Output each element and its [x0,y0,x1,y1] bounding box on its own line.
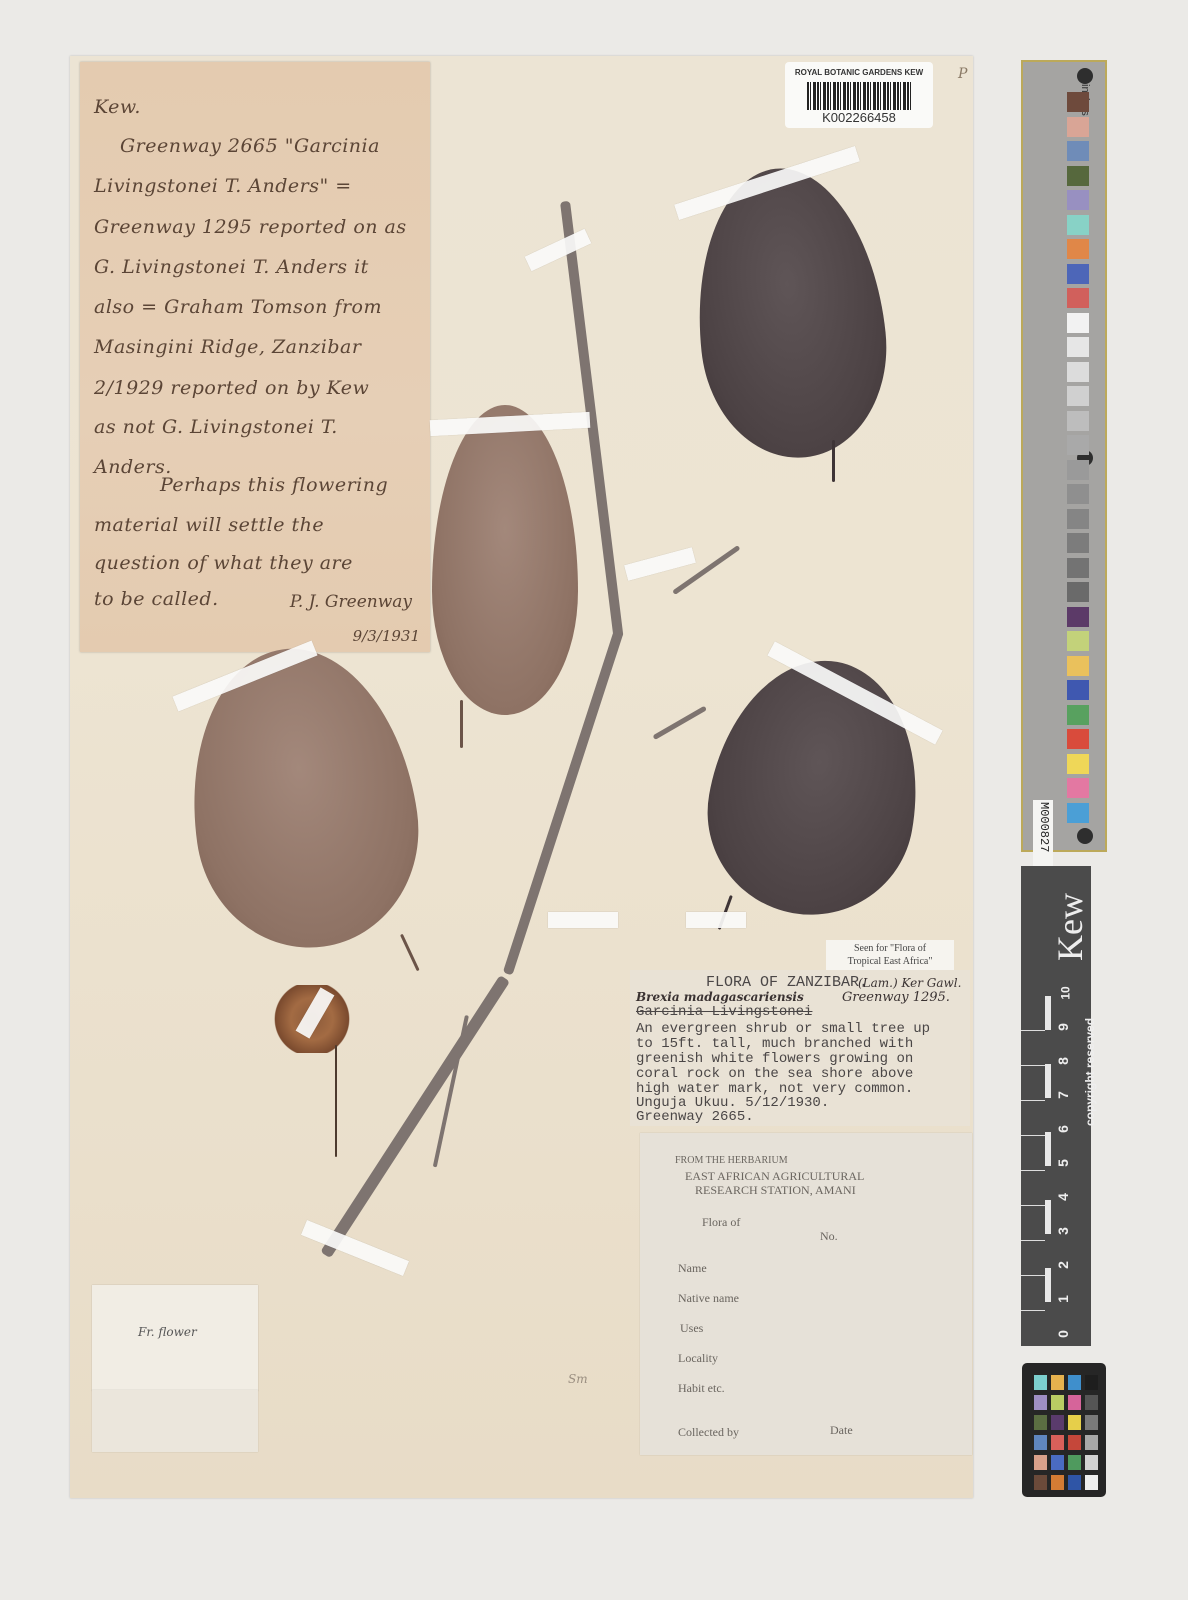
form-habit: Habit etc. [678,1381,725,1396]
note-line: to be called. [94,588,219,610]
note-line: also = Graham Tomson from [94,296,382,318]
checker-patch [1034,1435,1047,1450]
color-swatch [1067,337,1089,357]
struck-name: Garcinia Livingstonei [636,1004,812,1020]
color-swatch [1067,435,1089,455]
label-desc: to 15ft. tall, much branched with [636,1036,913,1052]
form-collected-by: Collected by [678,1425,739,1440]
barcode-label: ROYAL BOTANIC GARDENS KEW K002266458 [785,62,933,128]
color-swatch [1067,729,1089,749]
note-line: Greenway 1295 reported on as [94,216,407,238]
checker-patch [1068,1435,1081,1450]
seen-line: Seen for "Flora of [826,942,954,955]
scale-tick: 5 [1055,1159,1071,1167]
institution-name: ROYAL BOTANIC GARDENS KEW [785,68,933,77]
color-swatch [1067,288,1089,308]
color-swatch [1067,484,1089,504]
checker-patch [1051,1455,1064,1470]
checker-patch [1085,1415,1098,1430]
color-swatch [1067,509,1089,529]
form-locality: Locality [678,1351,718,1366]
color-swatch [1067,313,1089,333]
herbarium-form-label: FROM THE HERBARIUM EAST AFRICAN AGRICULT… [640,1133,972,1455]
color-swatch [1067,141,1089,161]
color-swatch [1067,680,1089,700]
det-authority: (Lam.) Ker Gawl. [858,976,961,990]
checker-patch [1034,1455,1047,1470]
checker-patch [1068,1455,1081,1470]
color-swatch [1067,386,1089,406]
scale-tick: 1 [1055,1295,1071,1303]
color-swatch [1067,558,1089,578]
mounting-tape [548,912,618,928]
petiole [832,440,835,482]
flower-stalk [335,1045,337,1157]
note-line: as not G. Livingstonei T. [94,416,338,438]
color-swatch [1067,264,1089,284]
scale-block [1045,996,1051,1030]
corner-mark: P [958,66,967,82]
note-line: Greenway 2665 "Garcinia [120,135,380,157]
label-desc: greenish white flowers growing on [636,1051,913,1067]
label-desc: coral rock on the sea shore above [636,1066,913,1082]
color-swatch [1067,582,1089,602]
color-swatch [1067,607,1089,627]
scale-tick: 7 [1055,1091,1071,1099]
note-line: Perhaps this flowering [160,474,388,496]
form-no: No. [820,1229,838,1244]
note-line: material will settle the [94,514,324,536]
scale-tick: 3 [1055,1227,1071,1235]
note-date: 9/3/1931 [353,627,420,645]
color-swatch [1067,190,1089,210]
collection-label: FLORA OF ZANZIBAR. (Lam.) Ker Gawl. Brex… [630,970,970,1126]
label-desc: Greenway 2665. [636,1109,754,1125]
scale-block [1045,1132,1051,1166]
form-flora-of: Flora of [702,1215,740,1230]
scale-block [1045,1064,1051,1098]
scale-tick: 8 [1055,1057,1071,1065]
copyright-text: copyright reserved [1083,1018,1097,1126]
form-header: RESEARCH STATION, AMANI [695,1183,856,1198]
checker-patch [1051,1395,1064,1410]
punch-hole [1077,68,1093,84]
checker-patch [1068,1415,1081,1430]
checker-patch [1034,1475,1047,1490]
color-swatch [1067,631,1089,651]
checker-patch [1034,1395,1047,1410]
note-line: Livingstonei T. Anders" = [94,175,352,197]
det-name: Brexia madagascariensis [636,990,804,1004]
checker-patch [1085,1475,1098,1490]
packet-flap [92,1390,258,1452]
color-swatch [1067,803,1089,823]
checker-patch [1085,1455,1098,1470]
color-swatch [1067,362,1089,382]
checker-patch [1068,1375,1081,1390]
checker-patch [1085,1395,1098,1410]
note-line: 2/1929 reported on by Kew [94,377,369,399]
serial-number: M000827 [1037,802,1051,852]
scale-block [1045,1200,1051,1234]
note-line: question of what they are [94,552,353,574]
note-signature: P. J. Greenway [290,592,412,612]
color-swatch [1067,460,1089,480]
checker-patch [1085,1375,1098,1390]
fragment-packet: Fr. flower [92,1285,258,1391]
handwritten-note: Kew. Greenway 2665 "Garcinia Livingstone… [80,62,430,652]
note-line: Kew. [94,96,141,118]
seen-for-label: Seen for "Flora of Tropical East Africa" [826,940,954,972]
color-swatch [1067,239,1089,259]
color-calibration-bar: inches M000827 [1021,60,1107,852]
scale-tick: 6 [1055,1125,1071,1133]
kew-scale-bar: Kew copyright reserved 0 1 2 3 4 5 6 7 8… [1021,866,1091,1346]
form-native-name: Native name [678,1291,739,1306]
form-date: Date [830,1423,853,1438]
det-number: Greenway 1295. [842,990,950,1005]
kew-logo: Kew [1049,892,1091,962]
color-swatch [1067,705,1089,725]
scale-tick: 0 [1055,1330,1071,1338]
color-checker-card [1022,1363,1106,1497]
form-uses: Uses [680,1321,703,1336]
color-swatch [1067,656,1089,676]
note-line: G. Livingstonei T. Anders it [94,256,369,278]
checker-patch [1068,1475,1081,1490]
scale-tick: 10 [1059,986,1073,999]
barcode-icon [807,82,911,110]
color-swatch [1067,411,1089,431]
form-header: EAST AFRICAN AGRICULTURAL [685,1169,864,1184]
scale-tick: 9 [1055,1023,1071,1031]
punch-hole [1077,828,1093,844]
cm-scale [1021,996,1045,1341]
form-name: Name [678,1261,707,1276]
checker-patch [1034,1415,1047,1430]
color-swatch [1067,166,1089,186]
checker-patch [1034,1375,1047,1390]
checker-patch [1068,1395,1081,1410]
color-swatch [1067,117,1089,137]
scale-tick: 2 [1055,1261,1071,1269]
color-swatch [1067,754,1089,774]
label-desc: An evergreen shrub or small tree up [636,1021,930,1037]
checker-patch [1051,1375,1064,1390]
color-swatch [1067,215,1089,235]
scale-tick: 4 [1055,1193,1071,1201]
checker-patch [1085,1435,1098,1450]
checker-patch [1051,1475,1064,1490]
note-line: Masingini Ridge, Zanzibar [94,336,361,358]
packet-label: Fr. flower [138,1325,197,1339]
color-swatch [1067,92,1089,112]
color-swatch [1067,533,1089,553]
mounting-tape [686,912,746,928]
label-title: FLORA OF ZANZIBAR. [706,974,868,991]
checker-patch [1051,1435,1064,1450]
color-swatch [1067,778,1089,798]
barcode-number: K002266458 [785,110,933,125]
checker-patch [1051,1415,1064,1430]
form-header: FROM THE HERBARIUM [675,1155,788,1166]
petiole [460,700,463,748]
pencil-mark: Sm [568,1372,588,1386]
seen-line: Tropical East Africa" [826,955,954,968]
scale-block [1045,1268,1051,1302]
